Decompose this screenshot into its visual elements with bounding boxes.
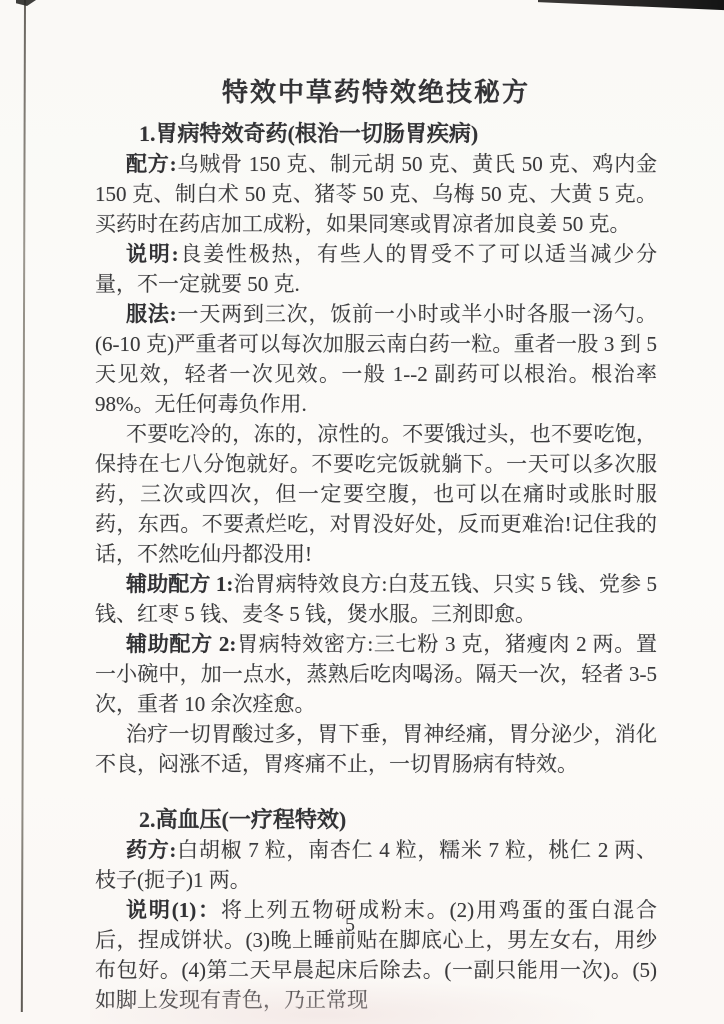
paragraph-label: 辅助配方 1: [126,572,233,596]
paragraph-prescription: 药方:白胡椒 7 粒，南杏仁 4 粒，糯米 7 粒，桃仁 2 两、枝子(扼子)1… [95,835,657,895]
paragraph-instructions: 说明(1)：将上列五物研成粉末。(2)用鸡蛋的蛋白混合后，捏成饼状。(3)晚上睡… [95,895,657,1015]
paragraph-label: 配方: [126,152,177,176]
scan-shadow-top-right [538,0,724,13]
paragraph-text: 不要吃冷的，冻的，凉性的。不要饿过头，也不要吃饱，保持在七八分饱就好。不要吃完饭… [95,422,657,566]
paragraph-aux-formula-2: 辅助配方 2:胃病特效密方:三七粉 3 克，猪瘦肉 2 两。置一小碗中，加一点水… [95,629,657,719]
paragraph-label: 药方: [126,838,176,862]
paragraph-indications: 治疗一切胃酸过多，胃下垂，胃神经痛，胃分泌少，消化不良，闷涨不适，胃疼痛不止，一… [95,719,657,779]
paragraph-text: 良姜性极热，有些人的胃受不了可以适当减少分量，不一定就要 50 克. [95,242,657,296]
page-number: 5 [338,914,362,937]
scan-edge-line [21,0,26,1012]
paragraph-text: 一天两到三次，饭前一小时或半小时各服一汤勺。(6-10 克)严重者可以每次加服云… [95,302,657,416]
paragraph-note: 说明:良姜性极热，有些人的胃受不了可以适当减少分量，不一定就要 50 克. [95,239,657,299]
section-2-heading: 2.高血压(一疗程特效) [95,804,657,835]
paragraph-label: 服法: [126,302,177,326]
paragraph-text: 乌贼骨 150 克、制元胡 50 克、黄氏 50 克、鸡内金 150 克、制白术… [95,152,657,236]
paragraph-text: 白胡椒 7 粒，南杏仁 4 粒，糯米 7 粒，桃仁 2 两、枝子(扼子)1 两。 [95,838,657,892]
paragraph-diet-advice: 不要吃冷的，冻的，凉性的。不要饿过头，也不要吃饱，保持在七八分饱就好。不要吃完饭… [95,419,657,569]
paragraph-aux-formula-1: 辅助配方 1:治胃病特效良方:白芨五钱、只实 5 钱、党参 5 钱、红枣 5 钱… [95,569,657,629]
page-content: 特效中草药特效绝技秘方 1.胃病特效奇药(根治一切肠胃疾病) 配方:乌贼骨 15… [95,74,657,1015]
paragraph-dosage: 服法:一天两到三次，饭前一小时或半小时各服一汤勺。(6-10 克)严重者可以每次… [95,299,657,419]
paragraph-text: 治疗一切胃酸过多，胃下垂，胃神经痛，胃分泌少，消化不良，闷涨不适，胃疼痛不止，一… [95,722,657,776]
paragraph-label: 辅助配方 2: [126,632,236,656]
paragraph-formula: 配方:乌贼骨 150 克、制元胡 50 克、黄氏 50 克、鸡内金 150 克、… [95,149,657,239]
scan-shadow-top-left [16,0,36,6]
page-title: 特效中草药特效绝技秘方 [95,74,657,112]
scanned-page: 特效中草药特效绝技秘方 1.胃病特效奇药(根治一切肠胃疾病) 配方:乌贼骨 15… [0,0,724,1024]
paragraph-label: 说明(1)： [126,898,221,922]
section-1-heading: 1.胃病特效奇药(根治一切肠胃疾病) [95,118,657,149]
paragraph-label: 说明: [126,242,179,266]
